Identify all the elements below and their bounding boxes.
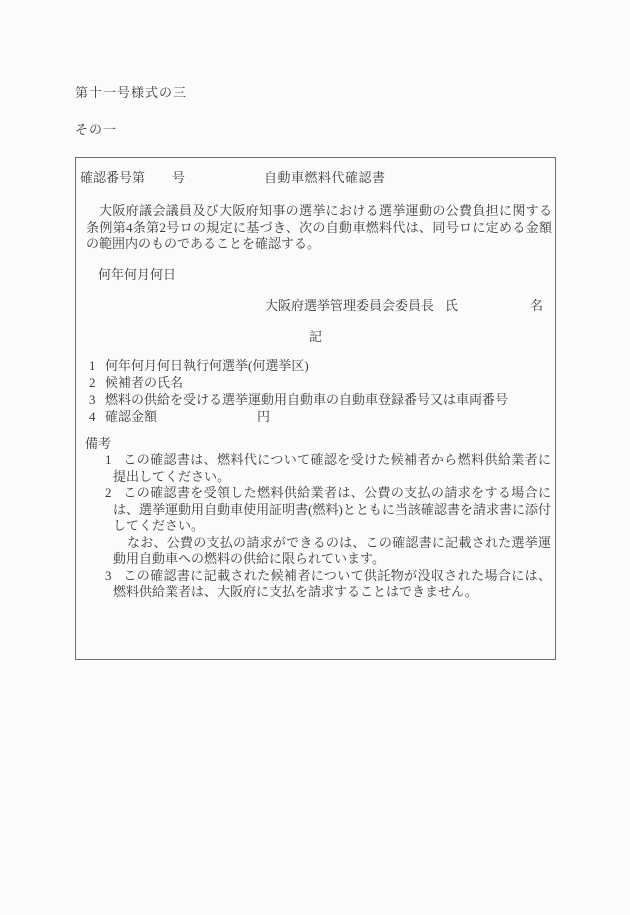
part-label: その一: [75, 123, 117, 137]
note-number: 3: [105, 568, 123, 585]
form-header-row: 確認番号第号 自動車燃料代確認書: [80, 171, 551, 185]
amount-unit: 円: [257, 409, 270, 424]
item-text: 何年何月何日執行何選挙(何選挙区): [105, 358, 309, 373]
note-number: 2: [105, 485, 123, 502]
note-text: この確認書を受領した燃料供給業者は、公費の支払の請求をする場合には、選挙運動用自…: [113, 485, 551, 533]
item-list: 1何年何月何日執行何選挙(何選挙区) 2候補者の氏名 3燃料の供給を受ける選挙運…: [76, 357, 555, 425]
note-supplement: なお、公費の支払の請求ができるのは、この確認書に記載された選挙運動用自動車への燃…: [113, 535, 551, 568]
remark-note: 2この確認書を受領した燃料供給業者は、公費の支払の請求をする場合には、選挙運動用…: [113, 485, 551, 535]
remarks-heading: 備考: [85, 436, 555, 453]
list-item: 3燃料の供給を受ける選挙運動用自動車の自動車登録番号又は車両番号: [89, 391, 555, 408]
remark-note: 3この確認書に記載された候補者について供託物が没収された場合には、燃料供給業者は…: [113, 568, 551, 601]
list-item: 2候補者の氏名: [89, 374, 555, 391]
signer-name-shi: 氏: [445, 298, 458, 313]
body-paragraph: 大阪府議会議員及び大阪府知事の選挙における選挙運動の公費負担に関する条例第4条第…: [86, 203, 552, 253]
signer-line: 大阪府選挙管理委員会委員長氏名印: [265, 299, 555, 313]
note-number: 1: [105, 452, 123, 469]
remark-note: 1この確認書は、燃料代について確認を受けた候補者から燃料供給業者に提出してくださ…: [113, 452, 551, 485]
item-number: 2: [89, 374, 105, 391]
form-title: 自動車燃料代確認書: [264, 171, 386, 185]
note-text: この確認書に記載された候補者について供託物が没収された場合には、燃料供給業者は、…: [113, 568, 551, 600]
list-item: 4確認金額円: [89, 408, 555, 425]
signer-name-mei: 名: [530, 298, 543, 313]
form-border-box: 確認番号第号 自動車燃料代確認書 大阪府議会議員及び大阪府知事の選挙における選挙…: [75, 157, 556, 660]
item-text: 燃料の供給を受ける選挙運動用自動車の自動車登録番号又は車両番号: [105, 392, 508, 407]
form-code-label: 第十一号様式の三: [75, 86, 187, 100]
list-item: 1何年何月何日執行何選挙(何選挙区): [89, 357, 555, 374]
item-text: 確認金額: [105, 409, 157, 424]
item-text: 候補者の氏名: [105, 375, 183, 390]
item-number: 4: [89, 408, 105, 425]
signer-title: 大阪府選挙管理委員会委員長: [265, 298, 434, 313]
date-placeholder: 何年何月何日: [98, 268, 555, 282]
remarks-section: 備考 1この確認書は、燃料代について確認を受けた候補者から燃料供給業者に提出して…: [76, 436, 555, 601]
note-text: この確認書は、燃料代について確認を受けた候補者から燃料供給業者に提出してください…: [113, 452, 551, 484]
confirmation-number-prefix: 確認番号第: [80, 170, 145, 185]
ki-heading: 記: [76, 330, 555, 344]
item-number: 3: [89, 391, 105, 408]
document-page: 第十一号様式の三 その一 確認番号第号 自動車燃料代確認書 大阪府議会議員及び大…: [0, 0, 630, 915]
item-number: 1: [89, 357, 105, 374]
confirmation-number-suffix: 号: [172, 170, 185, 185]
